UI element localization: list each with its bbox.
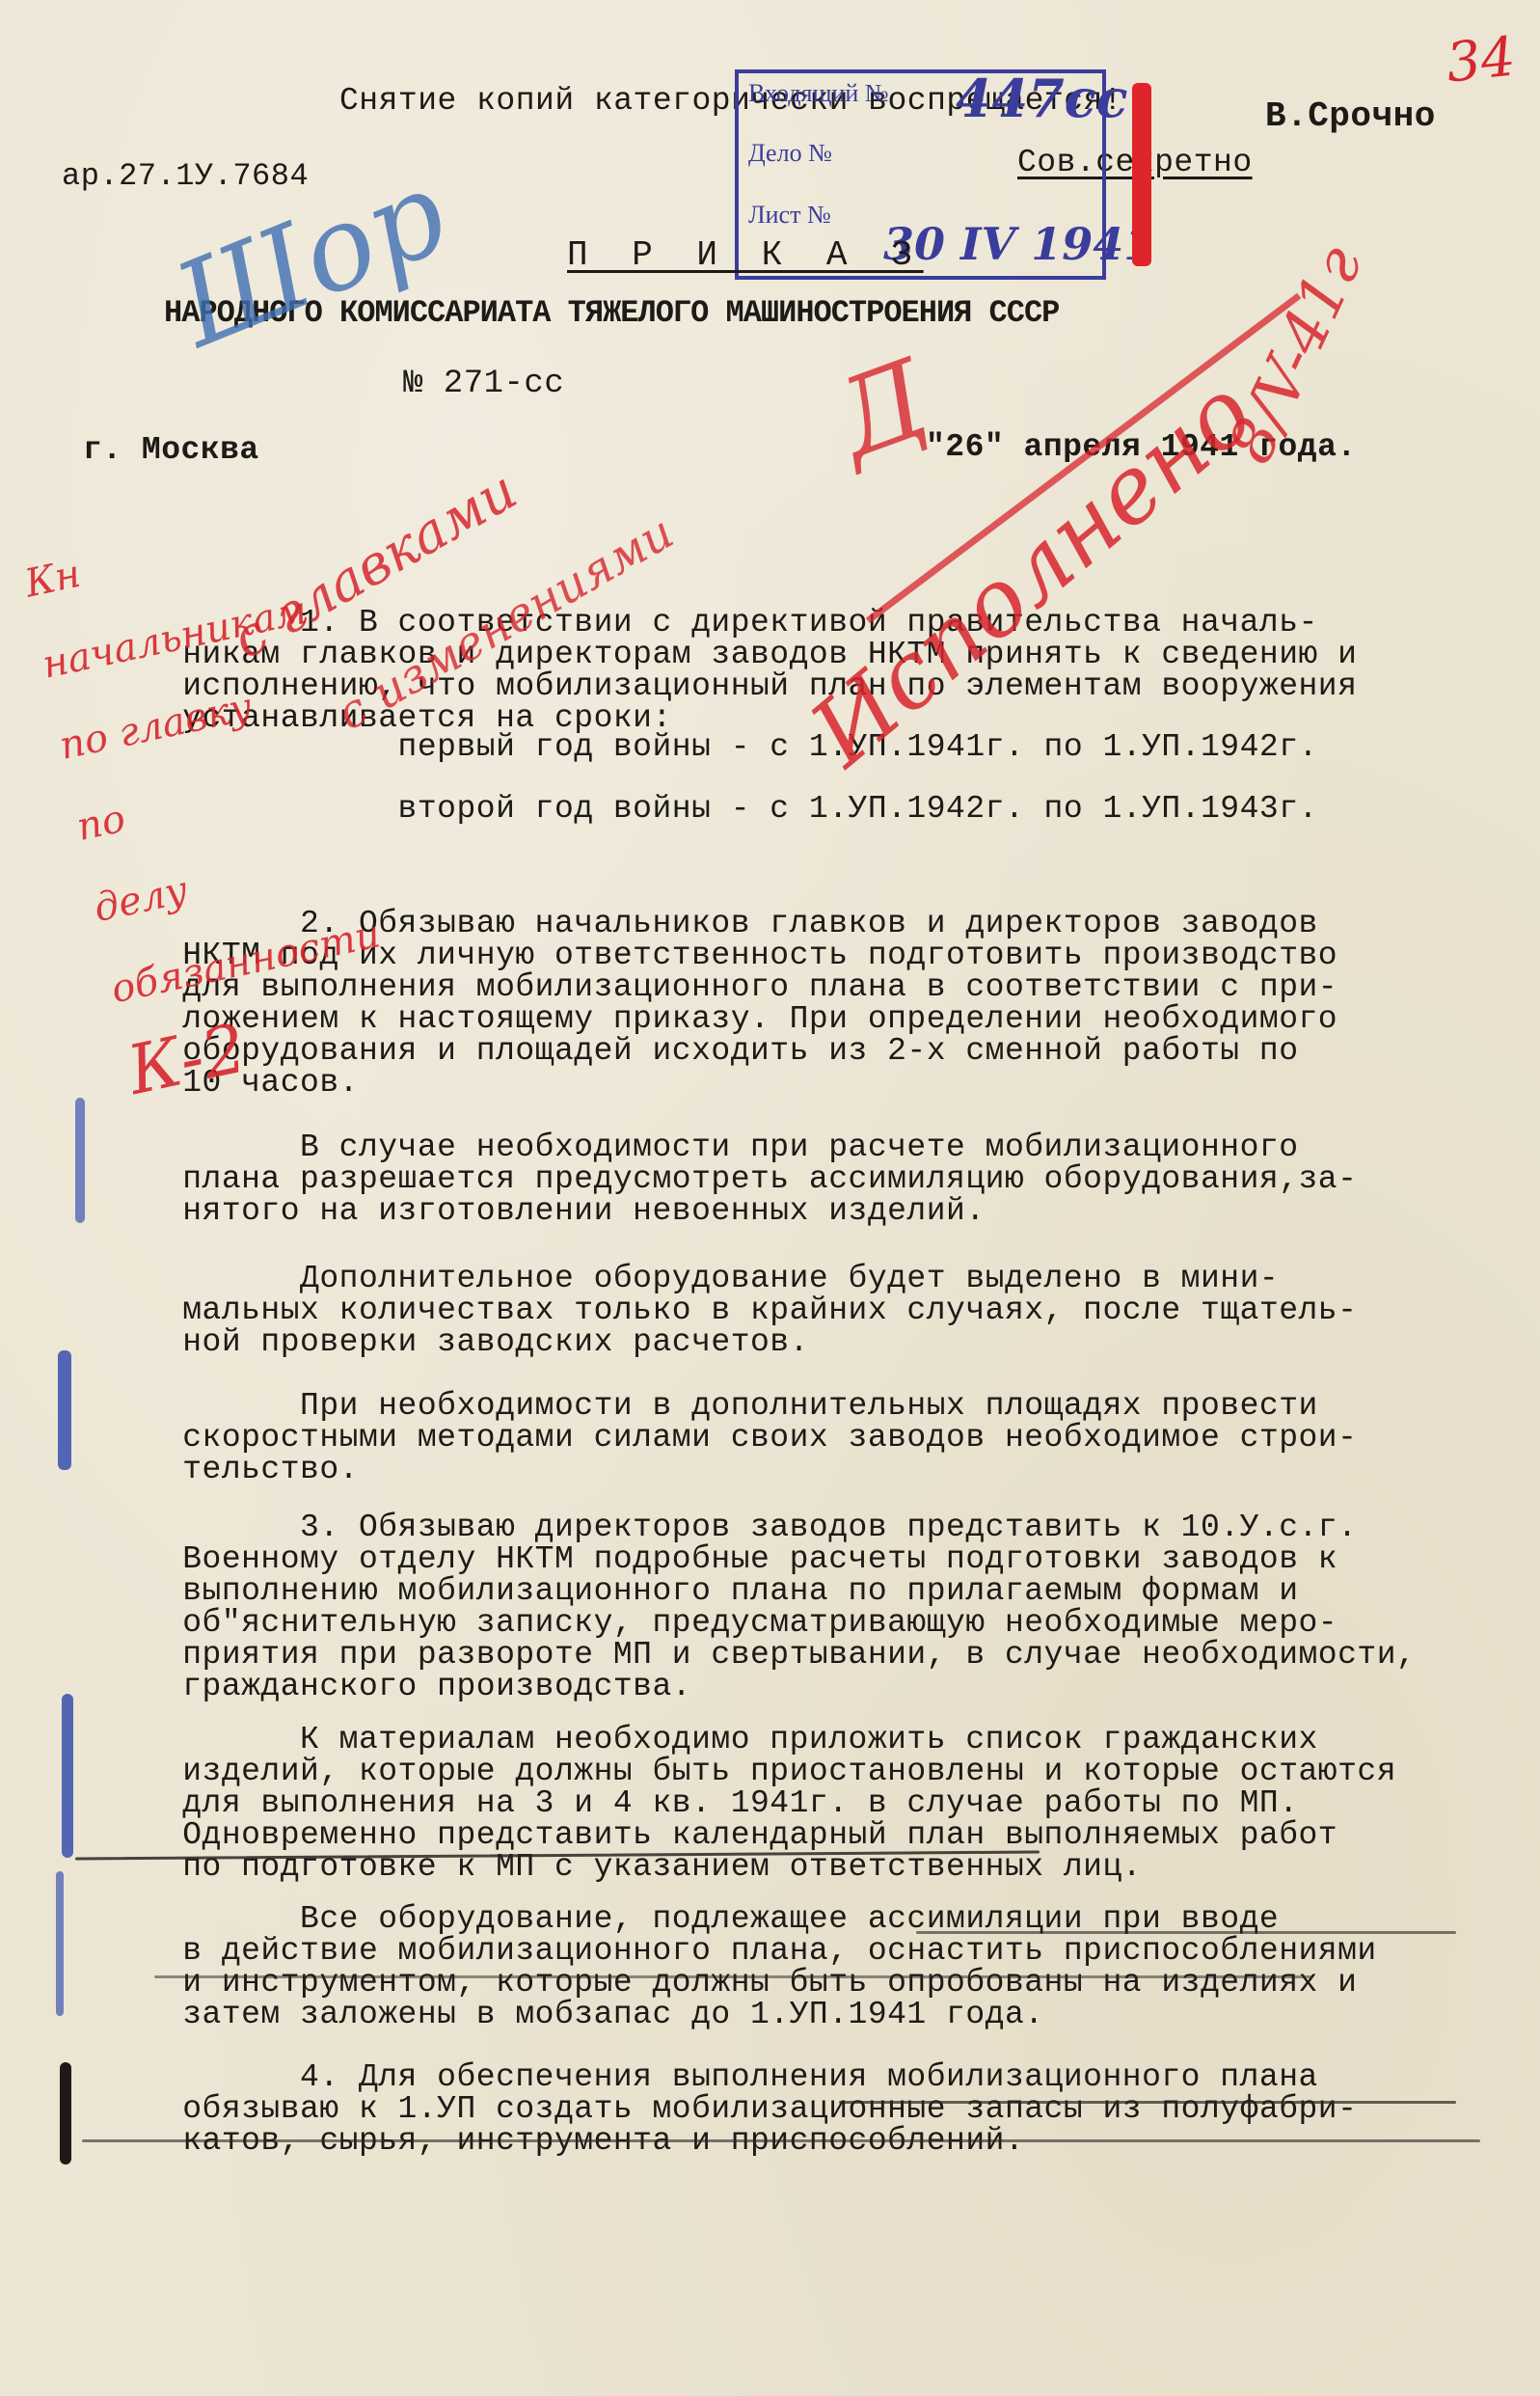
paragraph-equipment-assimilation: Все оборудование, подлежащее ассимиляции…: [104, 1871, 1377, 2030]
blue-margin-bar: [56, 1871, 64, 2016]
blue-margin-bar: [62, 1694, 73, 1858]
page-number: 34: [1444, 25, 1519, 95]
reference-number: ар.27.1У.7684: [62, 160, 309, 192]
urgency-mark: В.Срочно: [1265, 100, 1436, 132]
order-number: № 271-сс: [403, 368, 564, 400]
red-margin-bar: [1132, 83, 1151, 266]
pencil-underline: [154, 1975, 1311, 1978]
paragraph-4: 4. Для обеспечения выполнения мобилизаци…: [104, 2029, 1357, 2157]
stamp-label-delo: Дело №: [748, 139, 832, 168]
pencil-underline: [916, 1931, 1456, 1934]
stamp-label-list: Лист №: [748, 201, 831, 230]
blue-margin-bar: [75, 1098, 85, 1223]
paragraph-additional-equipment: Дополнительное оборудование будет выделе…: [104, 1231, 1357, 1358]
black-margin-bar: [60, 2062, 71, 2165]
document-title: П Р И К А З: [567, 239, 924, 271]
paragraph-3: 3. Обязываю директоров заводов представи…: [104, 1480, 1416, 1702]
stamp-incoming-number: 447сс: [956, 68, 1127, 129]
paragraph-assimilation: В случае необходимости при расчете мобил…: [104, 1100, 1357, 1227]
blue-margin-bar: [58, 1350, 71, 1470]
paragraph-construction: При необходимости в дополнительных площа…: [104, 1358, 1357, 1485]
stamp-label-incoming: Входящий №: [748, 79, 889, 108]
pencil-underline: [839, 2101, 1456, 2104]
pencil-underline: [82, 2139, 1480, 2142]
stamp-date: 30 IV 1941: [883, 218, 1154, 270]
